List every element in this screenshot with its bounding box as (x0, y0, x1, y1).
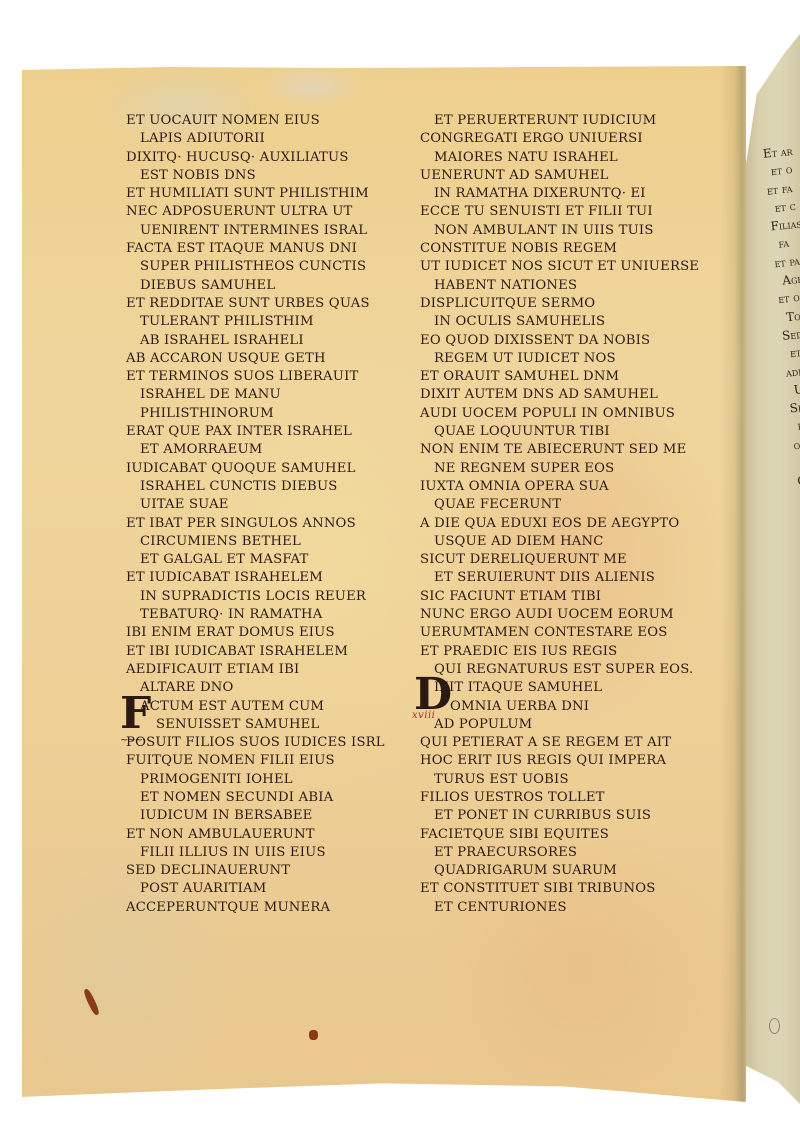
manuscript-line: Nunc ergo audi uocem eorum (420, 606, 720, 624)
manuscript-line: et galgal et masfat (126, 551, 386, 569)
line-text: iudicum in bersabee (140, 808, 313, 823)
manuscript-line: Non enim te abiecerunt sed me (420, 441, 720, 459)
line-text: et peruerterunt iudicium (434, 113, 656, 128)
margin-flourish: ~~~· (120, 735, 144, 746)
manuscript-line: Uenerunt ad samuhel (420, 167, 720, 185)
manuscript-line: in supradictis locis reuer (126, 588, 386, 606)
manuscript-line: nec adposuerunt ultra ut (126, 203, 386, 221)
manuscript-line: Et uocauit nomen eius (126, 112, 386, 130)
line-text: et praecursores (434, 845, 577, 860)
manuscript-line: ad populum (420, 716, 720, 734)
line-text: A die qua eduxi eos de aegypto (420, 516, 679, 531)
line-text: Et orauit samuhel dnm (420, 369, 619, 384)
manuscript-line: Constitue nobis regem (420, 240, 720, 258)
left-text-column: Et uocauit nomen eiusLapis adiutoriiDixi… (126, 112, 386, 917)
line-text: habent nationes (434, 278, 577, 293)
manuscript-line: quadrigarum suarum (420, 862, 720, 880)
manuscript-line: Aedificauit etiam ibi (126, 661, 386, 679)
chapter-rubric: xviii (412, 710, 435, 721)
line-text: Aedificauit etiam ibi (126, 662, 299, 677)
manuscript-line: hoc erit ius regis qui impera (420, 752, 720, 770)
manuscript-line: Fuitque nomen filii eius (126, 752, 386, 770)
line-text: Et non ambulauerunt (126, 827, 315, 842)
page-gutter-shadow (720, 66, 746, 1102)
manuscript-line: Filios uestros tollet (420, 789, 720, 807)
manuscript-line: altare dno (126, 679, 386, 697)
line-text: Facta est itaque manus dni (126, 241, 357, 256)
line-text: acceperuntque munera (126, 900, 330, 915)
manuscript-line: uitae suae (126, 496, 386, 514)
decorated-initial: F (120, 692, 151, 736)
line-text: ut iudicet nos sicut et uniuerse (420, 259, 699, 274)
manuscript-line: et ponet in curribus suis (420, 807, 720, 825)
manuscript-line: Et ibi iudicabat israhelem (126, 643, 386, 661)
manuscript-line: Dixit autem dns ad samuhel (420, 386, 720, 404)
line-text: circumiens bethel (140, 534, 301, 549)
line-text: Non enim te abiecerunt sed me (420, 442, 686, 457)
manuscript-line: sed declinauerunt (126, 862, 386, 880)
line-text: usque ad diem hanc (434, 534, 604, 549)
manuscript-line: senuisset samuhel (126, 716, 386, 734)
manuscript-line: super philistheos cunctis (126, 258, 386, 276)
manuscript-line: qui petierat a se regem et ait (420, 734, 720, 752)
manuscript-line: Lapis adiutorii (126, 130, 386, 148)
line-text: posuit filios suos iudices isrl (126, 735, 385, 750)
line-text: Ab accaron usque geth (126, 351, 326, 366)
manuscript-line: Facta est itaque manus dni (126, 240, 386, 258)
line-text: Et humiliati sunt philisthim (126, 186, 369, 201)
line-text: nec adposuerunt ultra ut (126, 204, 353, 219)
manuscript-line: Sicut dereliquerunt me (420, 551, 720, 569)
line-text: ixit itaque samuhel (434, 680, 602, 695)
line-text: Et praedic eis ius regis (420, 644, 617, 659)
line-text: Et iudicabat israhelem (126, 570, 323, 585)
ink-stain (309, 1030, 318, 1040)
line-text: super philistheos cunctis (140, 259, 366, 274)
manuscript-line: Ecce tu senuisti et filii tui (420, 203, 720, 221)
line-text: uerumtamen contestare eos (420, 625, 667, 640)
manuscript-line: iudicum in bersabee (126, 807, 386, 825)
manuscript-line: Ab accaron usque geth (126, 350, 386, 368)
line-text: maiores natu israhel (434, 150, 618, 165)
manuscript-line: ut iudicet nos sicut et uniuerse (420, 258, 720, 276)
line-text: qui regnaturus est super eos. (434, 662, 693, 677)
manuscript-line: habent nationes (420, 277, 720, 295)
manuscript-line: tebaturq· in ramatha (126, 606, 386, 624)
line-text: Et ibi iudicabat israhelem (126, 644, 348, 659)
manuscript-line: ne regnem super eos (420, 460, 720, 478)
manuscript-line: quae loquuntur tibi (420, 423, 720, 441)
manuscript-line: ixit itaque samuhel (420, 679, 720, 697)
manuscript-line: israhel cunctis diebus (126, 478, 386, 496)
line-text: Nunc ergo audi uocem eorum (420, 607, 674, 622)
manuscript-line: Et ibat per singulos annos (126, 515, 386, 533)
manuscript-line: uenirent intermines isral (126, 222, 386, 240)
manuscript-line: circumiens bethel (126, 533, 386, 551)
manuscript-line: Et iudicabat israhelem (126, 569, 386, 587)
line-text: et ponet in curribus suis (434, 808, 651, 823)
line-text: Iudicabat quoque samuhel (126, 461, 356, 476)
manuscript-line: et nomen secundi abia (126, 789, 386, 807)
line-text: Ecce tu senuisti et filii tui (420, 204, 653, 219)
manuscript-line: Iudicabat quoque samuhel (126, 460, 386, 478)
line-text: et nomen secundi abia (140, 790, 333, 805)
line-text: Facietque sibi equites (420, 827, 609, 842)
manuscript-line: Displicuitque sermo (420, 295, 720, 313)
manuscript-line: A die qua eduxi eos de aegypto (420, 515, 720, 533)
manuscript-line: Audi uocem populi in omnibus (420, 405, 720, 423)
line-text: tulerant philisthim (140, 314, 314, 329)
line-text: Erat que pax inter israhel (126, 424, 352, 439)
line-text: non ambulant in uiis tuis (434, 223, 654, 238)
line-text: qui petierat a se regem et ait (420, 735, 671, 750)
line-text: Et redditae sunt urbes quas (126, 296, 370, 311)
line-text: tebaturq· in ramatha (140, 607, 322, 622)
right-text-column: et peruerterunt iudiciumCongregati ergo … (420, 112, 720, 917)
line-text: philisthinorum (140, 406, 274, 421)
manuscript-line: Erat que pax inter israhel (126, 423, 386, 441)
line-text: ab israhel israheli (140, 333, 304, 348)
manuscript-line: qui regnaturus est super eos. (420, 661, 720, 679)
manuscript-line: posuit filios suos iudices isrl (126, 734, 386, 752)
line-text: Uenerunt ad samuhel (420, 168, 609, 183)
manuscript-line: Et praedic eis ius regis (420, 643, 720, 661)
manuscript-line: turus est uobis (420, 771, 720, 789)
line-text: Iuxta omnia opera sua (420, 479, 609, 494)
manuscript-line: primogeniti iohel (126, 771, 386, 789)
line-text: in oculis samuhelis (434, 314, 605, 329)
line-text: quadrigarum suarum (434, 863, 617, 878)
manuscript-line: Et constituet sibi tribunos (420, 880, 720, 898)
line-text: et centuriones (434, 900, 567, 915)
manuscript-line: maiores natu israhel (420, 149, 720, 167)
line-text: sed declinauerunt (126, 863, 290, 878)
line-text: Et uocauit nomen eius (126, 113, 320, 128)
line-text: uenirent intermines isral (140, 223, 367, 238)
line-text: et seruierunt diis alienis (434, 570, 655, 585)
line-text: senuisset samuhel (156, 717, 319, 732)
line-text: quae loquuntur tibi (434, 424, 610, 439)
line-text: Congregati ergo uniuersi (420, 131, 643, 146)
line-text: israhel cunctis diebus (140, 479, 338, 494)
manuscript-line: quae fecerunt (420, 496, 720, 514)
manuscript-line: uerumtamen contestare eos (420, 624, 720, 642)
manuscript-line: in oculis samuhelis (420, 313, 720, 331)
line-text: quae fecerunt (434, 497, 561, 512)
line-text: est nobis dns (140, 168, 256, 183)
manuscript-line: non ambulant in uiis tuis (420, 222, 720, 240)
line-text: in supradictis locis reuer (140, 589, 366, 604)
manuscript-line: regem ut iudicet nos (420, 350, 720, 368)
manuscript-line: acceperuntque munera (126, 899, 386, 917)
line-text: et amorraeum (140, 442, 262, 457)
manuscript-line: Et humiliati sunt philisthim (126, 185, 386, 203)
line-text: Audi uocem populi in omnibus (420, 406, 675, 421)
line-text: Filios uestros tollet (420, 790, 605, 805)
manuscript-line: et peruerterunt iudicium (420, 112, 720, 130)
line-text: Et constituet sibi tribunos (420, 881, 655, 896)
stain-ring (769, 1018, 780, 1034)
line-text: actum est autem cum (140, 699, 324, 714)
manuscript-line: omnia uerba dni (420, 698, 720, 716)
line-text: Dixitq· hucusq· auxiliatus (126, 150, 349, 165)
line-text: et terminos suos liberauit (126, 369, 359, 384)
line-text: diebus samuhel (140, 278, 275, 293)
line-text: post auaritiam (140, 881, 266, 896)
manuscript-line: Dixitq· hucusq· auxiliatus (126, 149, 386, 167)
manuscript-line: diebus samuhel (126, 277, 386, 295)
manuscript-line: Facietque sibi equites (420, 826, 720, 844)
manuscript-line: et praecursores (420, 844, 720, 862)
manuscript-line: post auaritiam (126, 880, 386, 898)
manuscript-line: ab israhel israheli (126, 332, 386, 350)
manuscript-line: israhel de manu (126, 386, 386, 404)
manuscript-line: actum est autem cum (126, 698, 386, 716)
manuscript-line: Et redditae sunt urbes quas (126, 295, 386, 313)
manuscript-line: filii illius in uiis eius (126, 844, 386, 862)
manuscript-line: est nobis dns (126, 167, 386, 185)
line-text: ibi enim erat domus eius (126, 625, 335, 640)
manuscript-line: in ramatha dixeruntq· ei (420, 185, 720, 203)
line-text: regem ut iudicet nos (434, 351, 616, 366)
line-text: filii illius in uiis eius (140, 845, 326, 860)
line-text: omnia uerba dni (450, 699, 589, 714)
manuscript-line: et seruierunt diis alienis (420, 569, 720, 587)
manuscript-line: usque ad diem hanc (420, 533, 720, 551)
line-text: turus est uobis (434, 772, 569, 787)
manuscript-line: et terminos suos liberauit (126, 368, 386, 386)
line-text: eo quod dixissent da nobis (420, 333, 650, 348)
line-text: altare dno (140, 680, 233, 695)
manuscript-line: et amorraeum (126, 441, 386, 459)
line-text: Dixit autem dns ad samuhel (420, 387, 658, 402)
line-text: uitae suae (140, 497, 229, 512)
manuscript-line: ibi enim erat domus eius (126, 624, 386, 642)
manuscript-line: eo quod dixissent da nobis (420, 332, 720, 350)
line-text: Sicut dereliquerunt me (420, 552, 627, 567)
line-text: ne regnem super eos (434, 461, 614, 476)
manuscript-line: Congregati ergo uniuersi (420, 130, 720, 148)
manuscript-line: Iuxta omnia opera sua (420, 478, 720, 496)
manuscript-line: Et non ambulauerunt (126, 826, 386, 844)
manuscript-line: et centuriones (420, 899, 720, 917)
line-text: Sic faciunt etiam tibi (420, 589, 601, 604)
line-text: et galgal et masfat (140, 552, 309, 567)
manuscript-line: philisthinorum (126, 405, 386, 423)
manuscript-line: tulerant philisthim (126, 313, 386, 331)
manuscript-line: Et orauit samuhel dnm (420, 368, 720, 386)
line-text: Constitue nobis regem (420, 241, 617, 256)
line-text: Displicuitque sermo (420, 296, 595, 311)
line-text: Lapis adiutorii (140, 131, 265, 146)
line-text: Fuitque nomen filii eius (126, 753, 335, 768)
manuscript-line: Sic faciunt etiam tibi (420, 588, 720, 606)
line-text: Et ibat per singulos annos (126, 516, 356, 531)
line-text: in ramatha dixeruntq· ei (434, 186, 646, 201)
line-text: primogeniti iohel (140, 772, 293, 787)
line-text: hoc erit ius regis qui impera (420, 753, 666, 768)
line-text: israhel de manu (140, 387, 281, 402)
